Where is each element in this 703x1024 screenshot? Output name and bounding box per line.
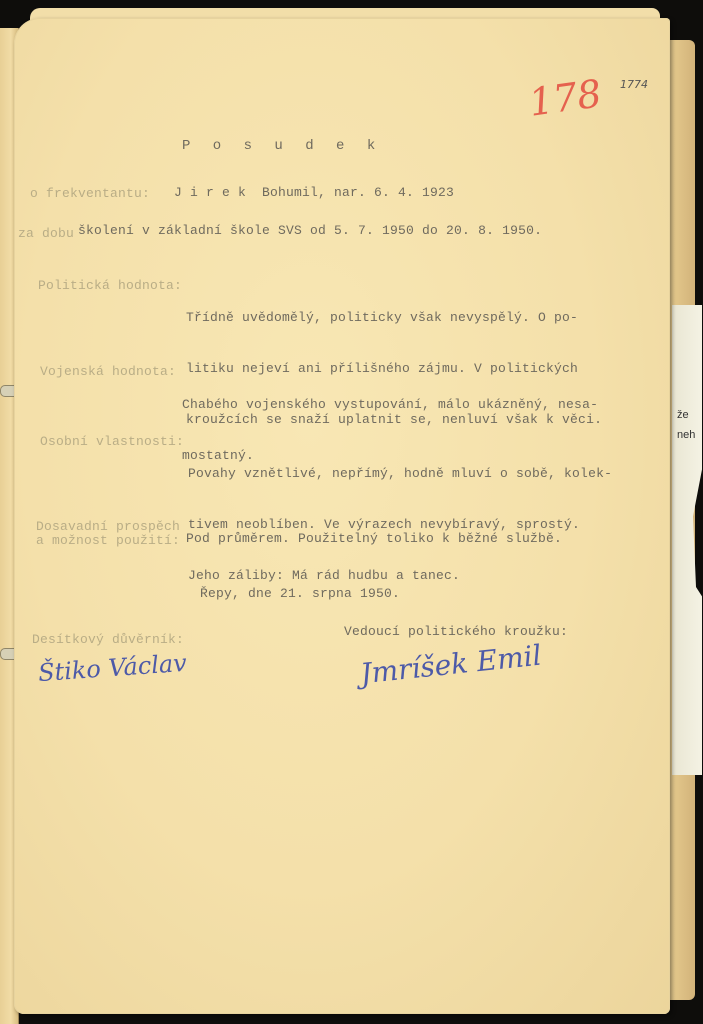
signature-left: Štiko Václav bbox=[37, 649, 187, 687]
text-line: Jeho záliby: Má rád hudbu a tanec. bbox=[188, 567, 612, 584]
period-value: školení v základní škole SVS od 5. 7. 19… bbox=[78, 223, 542, 238]
attached-text-line: že bbox=[677, 405, 695, 425]
subject-value: J i r e k Bohumil, nar. 6. 4. 1923 bbox=[174, 185, 454, 200]
section-label-political: Politická hodnota: bbox=[38, 278, 182, 293]
document-title: P o s u d e k bbox=[182, 138, 382, 154]
folio-number-pencil: 1774 bbox=[620, 78, 648, 91]
text-line: Chabého vojenského vystupování, málo uká… bbox=[182, 396, 598, 413]
attached-sheet-text: že neh bbox=[677, 405, 695, 445]
period-label: za dobu bbox=[18, 226, 74, 241]
attached-sheet bbox=[672, 305, 702, 775]
section-label-military: Vojenská hodnota: bbox=[40, 364, 176, 379]
text-line: Povahy vznětlivé, nepřímý, hodně mluví o… bbox=[188, 465, 612, 482]
folio-number-red: 178 bbox=[526, 71, 604, 125]
attached-text-line: neh bbox=[677, 425, 695, 445]
subject-label: o frekventantu: bbox=[30, 186, 150, 201]
document-page: 178 1774 P o s u d e k o frekventantu: J… bbox=[14, 18, 670, 1014]
section-label-personal: Osobní vlastnosti: bbox=[40, 434, 184, 449]
section-label-progress-2: a možnost použití: bbox=[36, 533, 180, 548]
place-date: Řepy, dne 21. srpna 1950. bbox=[200, 586, 400, 601]
signatory-left-label: Desítkový důvěrník: bbox=[32, 632, 184, 647]
signature-right: Jmríšek Emil bbox=[359, 639, 543, 691]
text-line: Třídně uvědomělý, politicky však nevyspě… bbox=[186, 309, 602, 326]
signatory-right-label: Vedoucí politického kroužku: bbox=[344, 624, 568, 639]
section-label-progress-1: Dosavadní prospěch bbox=[36, 519, 180, 534]
section-text-progress: Pod průměrem. Použitelný toliko k běžné … bbox=[186, 531, 562, 546]
